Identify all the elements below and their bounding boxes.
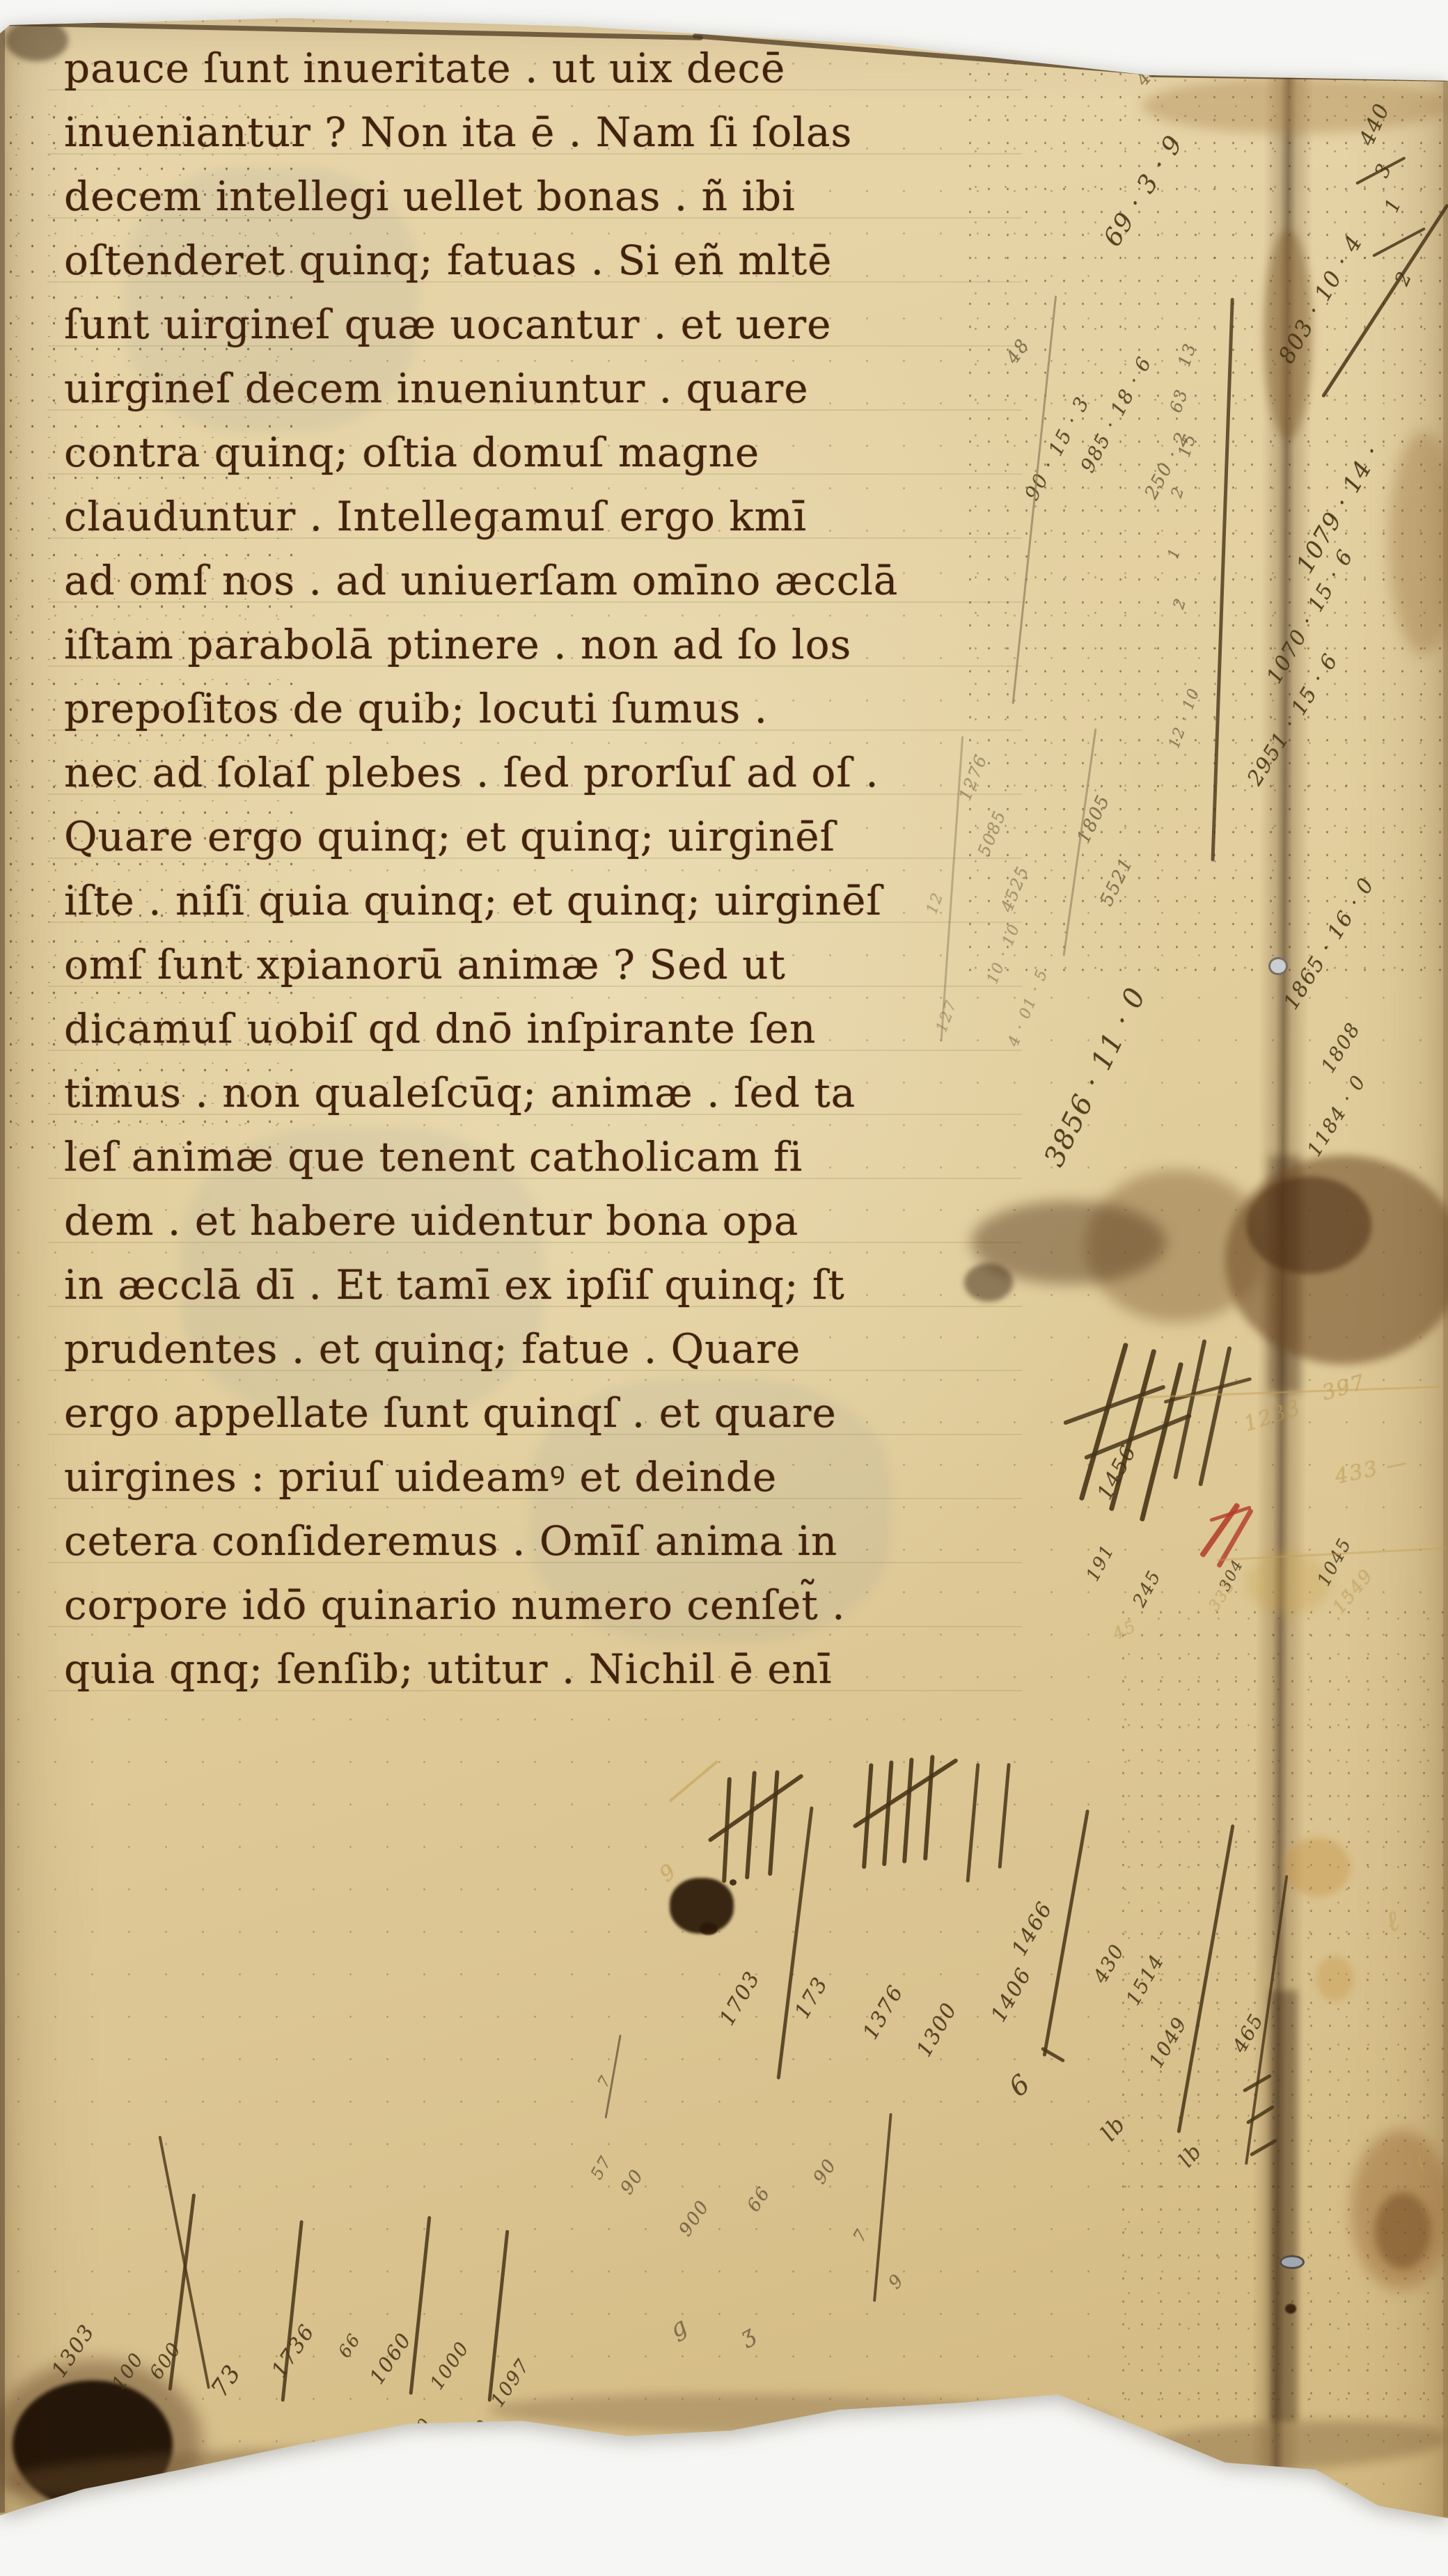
- margin-annotation: g: [476, 2468, 504, 2499]
- pin-hole: [1268, 957, 1288, 975]
- manuscript-line: Quare ergo quinq; et quinq; uirginēſ: [64, 805, 1025, 869]
- manuscript-line: timus . non qualeſcūq; animæ . ſed ta: [64, 1061, 1025, 1125]
- manuscript-line: cetera conſideremus . Omīſ anima in: [64, 1509, 1025, 1573]
- manuscript-line: dicamuſ uobiſ qd dnō inſpirante ſen: [64, 997, 1025, 1061]
- manuscript-line: decem intellegi uellet bonas . ñ ibi: [64, 164, 1025, 228]
- ink-blot: [730, 1879, 737, 1886]
- manuscript-line: ergo appellate ſunt quinqſ . et quare: [64, 1381, 1025, 1445]
- manuscript-text-block: pauce ſunt inueritate . ut uix decēinuen…: [64, 36, 1025, 1701]
- scanned-manuscript-page: pauce ſunt inueritate . ut uix decēinuen…: [0, 0, 1448, 2576]
- stain: [1316, 1956, 1354, 2001]
- stain: [1375, 2192, 1431, 2269]
- manuscript-line: corpore idō quinario numero cenſet̃ .: [64, 1573, 1025, 1637]
- manuscript-line: oſtenderet quinq; fatuas . Si eñ mltē: [64, 228, 1025, 292]
- manuscript-line: uirgineſ decem inueniuntur . quare: [64, 356, 1025, 420]
- manuscript-line: clauduntur . Intellegamuſ ergo kmī: [64, 484, 1025, 548]
- stain: [1284, 1838, 1351, 1897]
- manuscript-line: iſtam parabolā ptinere . non ad ſo los: [64, 613, 1025, 677]
- manuscript-line: quia qnq; ſenſib; utitur . Nichil ē enī: [64, 1637, 1025, 1701]
- left-edge-rim: [0, 21, 5, 2513]
- parchment-wrapper: pauce ſunt inueritate . ut uix decēinuen…: [0, 0, 1448, 2576]
- manuscript-line: contra quinq; oſtia domuſ magne: [64, 420, 1025, 484]
- manuscript-line: prudentes . et quinq; fatue . Quare: [64, 1317, 1025, 1381]
- manuscript-line: leſ animæ que tenent catholicam fi: [64, 1125, 1025, 1189]
- parchment-page: pauce ſunt inueritate . ut uix decēinuen…: [0, 0, 1448, 2576]
- manuscript-line: in æcclā dī . Et tamī ex ipſiſ quinq; ſt: [64, 1253, 1025, 1317]
- manuscript-line: uirgines : priuſ uideamꝰ et deinde: [64, 1445, 1025, 1509]
- sewing-stain: [1285, 2304, 1296, 2314]
- fold-stain: [1270, 1991, 1298, 2422]
- manuscript-line: ad omſ nos . ad uniuerſam omīno æcclā: [64, 548, 1025, 613]
- large-brown-stain: [1246, 1176, 1371, 1274]
- manuscript-line: iſte . niſi quia quinq; et quinq; uirgin…: [64, 869, 1025, 933]
- sewing-hole: [1280, 2255, 1305, 2269]
- manuscript-line: nec ad ſolaſ plebes . ſed prorſuſ ad oſ …: [64, 741, 1025, 805]
- stain: [1246, 1552, 1330, 1615]
- manuscript-line: pauce ſunt inueritate . ut uix decē: [64, 36, 1025, 100]
- manuscript-line: ſunt uirgineſ quæ uocantur . et uere: [64, 292, 1025, 356]
- stain: [1142, 78, 1448, 134]
- manuscript-line: omſ ſunt xpianorū animæ ? Sed ut: [64, 933, 1025, 997]
- right-edge-rim: [1443, 81, 1448, 2517]
- manuscript-line: inueniantur ? Non ita ē . Nam ſi ſolas: [64, 100, 1025, 164]
- ink-blot: [700, 1922, 718, 1935]
- manuscript-line: prepoſitos de quib; locuti ſumus .: [64, 677, 1025, 741]
- manuscript-line: dem . et habere uidentur bona opa: [64, 1189, 1025, 1253]
